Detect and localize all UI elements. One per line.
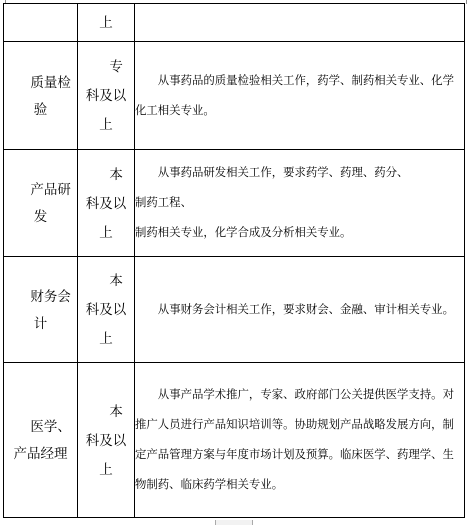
description-cell: 从事药品研发相关工作，要求药学、药理、药分、制药工程、 制药相关专业，化学合成及… [135,150,465,257]
education-cell: 上 [78,4,135,42]
description-cell: 从事财务会计相关工作，要求财会、金融、审计相关专业。 [135,257,465,363]
education-cell: 本 科及以 上 [78,257,135,363]
table-row-clipped: 上 [4,4,465,42]
education-cell: 专 科及以 上 [78,42,135,150]
table-row: 医学、 产品经理 本 科及以 上 从事产品学术推广，专家、政府部门公关提供医学支… [4,363,465,518]
table-row: 质量检 验 专 科及以 上 从事药品的质量检验相关工作，药学、制药相关专业、化学… [4,42,465,150]
position-cell: 财务会 计 [4,257,78,363]
table-row: 产品研 发 本 科及以 上 从事药品研发相关工作，要求药学、药理、药分、制药工程… [4,150,465,257]
position-cell: 质量检 验 [4,42,78,150]
position-cell: 医学、 产品经理 [4,363,78,518]
education-cell: 本 科及以 上 [78,363,135,518]
table-border-remnant-right [466,0,467,4]
position-cell [4,4,78,42]
education-cell: 本 科及以 上 [78,150,135,257]
partial-button-fragment[interactable] [215,520,253,525]
description-cell [135,4,465,42]
job-positions-table: 上 质量检 验 专 科及以 上 从事药品的质量检验相关工作，药学、制药相关专业、… [3,3,465,518]
position-cell: 产品研 发 [4,150,78,257]
table-row: 财务会 计 本 科及以 上 从事财务会计相关工作，要求财会、金融、审计相关专业。 [4,257,465,363]
description-cell: 从事药品的质量检验相关工作，药学、制药相关专业、化学 化工相关专业。 [135,42,465,150]
document-page: 上 质量检 验 专 科及以 上 从事药品的质量检验相关工作，药学、制药相关专业、… [0,0,470,525]
description-cell: 从事产品学术推广，专家、政府部门公关提供医学支持。对 推广人员进行产品知识培训等… [135,363,465,518]
